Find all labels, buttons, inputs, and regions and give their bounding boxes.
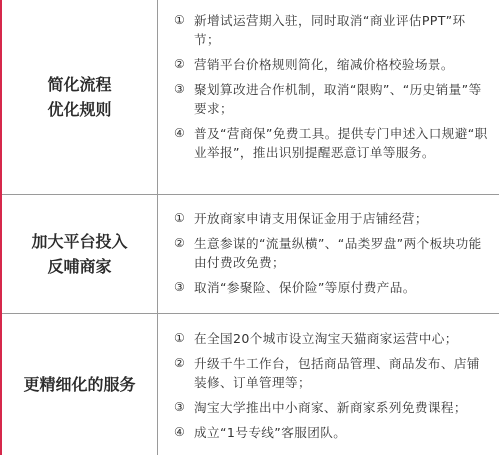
item-number: ④ xyxy=(174,124,194,162)
list-item: ③ 淘宝大学推出中小商家、新商家系列免费课程； xyxy=(174,398,489,417)
row-label-line: 反哺商家 xyxy=(31,254,127,279)
row-label-line: 加大平台投入 xyxy=(31,229,127,254)
list-item: ② 营销平台价格规则简化，缩减价格校验场景。 xyxy=(174,55,489,74)
list-item: ① 新增试运营期入驻，同时取消“商业评估PPT”环节； xyxy=(174,11,489,49)
table-row-platform-investment: 加大平台投入 反哺商家 ① 开放商家申请支用保证金用于店铺经营； ② 生意参谋的… xyxy=(2,195,499,313)
item-text: 在全国20个城市设立淘宝天猫商家运营中心； xyxy=(194,329,489,348)
item-number: ③ xyxy=(174,398,194,417)
item-number: ④ xyxy=(174,423,194,442)
item-number: ③ xyxy=(174,80,194,118)
list-item: ① 在全国20个城市设立淘宝天猫商家运营中心； xyxy=(174,329,489,348)
row-label-cell: 更精细化的服务 xyxy=(2,314,157,455)
row-label: 简化流程 优化规则 xyxy=(47,72,111,122)
row-content-cell: ① 开放商家申请支用保证金用于店铺经营； ② 生意参谋的“流量纵横”、“品类罗盘… xyxy=(174,209,489,303)
row-label-cell: 简化流程 优化规则 xyxy=(2,0,157,194)
list-item: ① 开放商家申请支用保证金用于店铺经营； xyxy=(174,209,489,228)
table-row-refined-service: 更精细化的服务 ① 在全国20个城市设立淘宝天猫商家运营中心； ② 升级千牛工作… xyxy=(2,314,499,455)
row-content-cell: ① 在全国20个城市设立淘宝天猫商家运营中心； ② 升级千牛工作台，包括商品管理… xyxy=(174,329,489,448)
list-item: ③ 聚划算改进合作机制，取消“限购”、“历史销量”等要求； xyxy=(174,80,489,118)
item-number: ① xyxy=(174,329,194,348)
policy-table: 简化流程 优化规则 ① 新增试运营期入驻，同时取消“商业评估PPT”环节； ② … xyxy=(2,0,499,455)
item-text: 开放商家申请支用保证金用于店铺经营； xyxy=(194,209,489,228)
item-number: ① xyxy=(174,209,194,228)
item-text: 新增试运营期入驻，同时取消“商业评估PPT”环节； xyxy=(194,11,489,49)
item-number: ② xyxy=(174,55,194,74)
item-number: ② xyxy=(174,234,194,272)
row-label-line: 更精细化的服务 xyxy=(23,372,135,397)
item-number: ③ xyxy=(174,278,194,297)
item-number: ① xyxy=(174,11,194,49)
list-item: ② 生意参谋的“流量纵横”、“品类罗盘”两个板块功能由付费改免费； xyxy=(174,234,489,272)
item-text: 淘宝大学推出中小商家、新商家系列免费课程； xyxy=(194,398,489,417)
row-label-cell: 加大平台投入 反哺商家 xyxy=(2,195,157,313)
item-number: ② xyxy=(174,354,194,392)
row-label-line: 简化流程 xyxy=(47,72,111,97)
table-row-simplify-process: 简化流程 优化规则 ① 新增试运营期入驻，同时取消“商业评估PPT”环节； ② … xyxy=(2,0,499,194)
item-text: 取消“参聚险、保价险”等原付费产品。 xyxy=(194,278,489,297)
row-label-line: 优化规则 xyxy=(47,97,111,122)
item-text: 生意参谋的“流量纵横”、“品类罗盘”两个板块功能由付费改免费； xyxy=(194,234,489,272)
list-item: ④ 普及“营商保”免费工具。提供专门申述入口规避“职业举报”，推出识别提醒恶意订… xyxy=(174,124,489,162)
row-label: 更精细化的服务 xyxy=(23,372,135,397)
item-text: 普及“营商保”免费工具。提供专门申述入口规避“职业举报”，推出识别提醒恶意订单等… xyxy=(194,124,489,162)
item-text: 聚划算改进合作机制，取消“限购”、“历史销量”等要求； xyxy=(194,80,489,118)
list-item: ④ 成立“1号专线”客服团队。 xyxy=(174,423,489,442)
row-content-cell: ① 新增试运营期入驻，同时取消“商业评估PPT”环节； ② 营销平台价格规则简化… xyxy=(174,11,489,168)
item-text: 升级千牛工作台，包括商品管理、商品发布、店铺装修、订单管理等； xyxy=(194,354,489,392)
row-label: 加大平台投入 反哺商家 xyxy=(31,229,127,279)
list-item: ③ 取消“参聚险、保价险”等原付费产品。 xyxy=(174,278,489,297)
item-text: 营销平台价格规则简化，缩减价格校验场景。 xyxy=(194,55,489,74)
list-item: ② 升级千牛工作台，包括商品管理、商品发布、店铺装修、订单管理等； xyxy=(174,354,489,392)
item-text: 成立“1号专线”客服团队。 xyxy=(194,423,489,442)
